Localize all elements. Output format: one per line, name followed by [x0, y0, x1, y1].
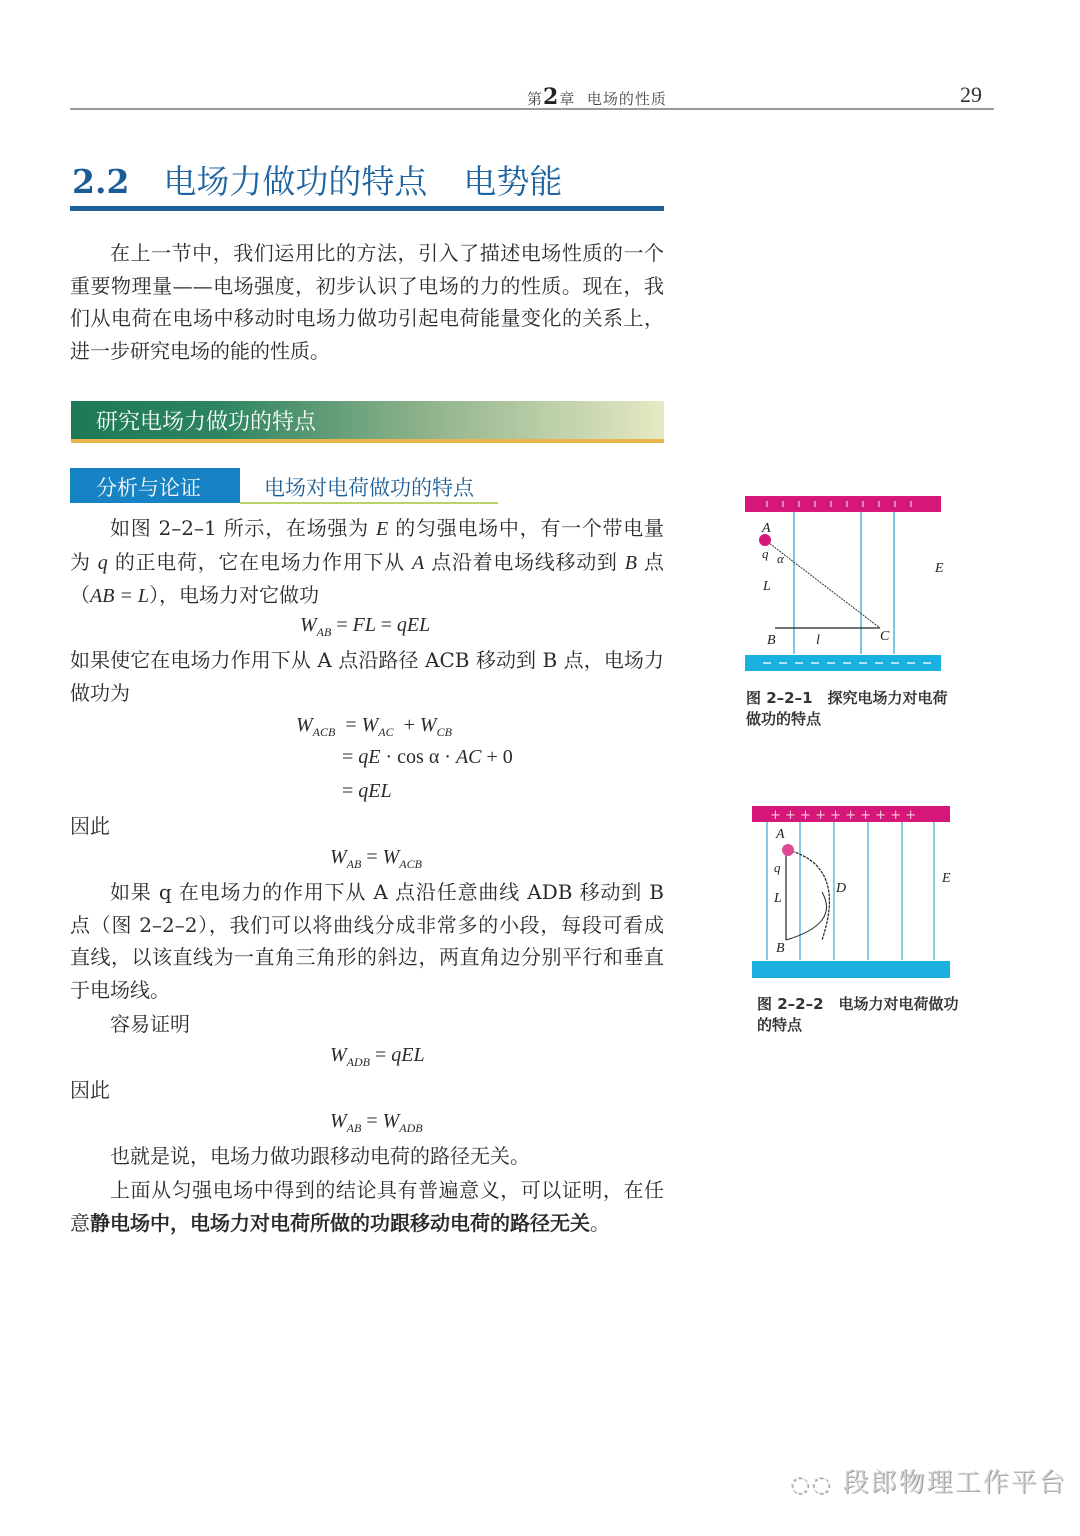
equation-2-line2: = qE · cos α · AC + 0: [342, 746, 513, 769]
svg-text:L: L: [762, 579, 771, 594]
svg-text:E: E: [934, 561, 944, 576]
svg-text:l: l: [816, 633, 820, 648]
chapter-number: 2: [543, 84, 559, 110]
section-rule: [70, 206, 664, 211]
text-run: 的正电荷，它在电场力作用下从: [108, 550, 412, 574]
text-run: 。: [590, 1211, 610, 1235]
chapter-title: 电场的性质: [587, 90, 667, 108]
analysis-tag-label: 分析与论证: [96, 472, 201, 502]
svg-text:q: q: [774, 860, 781, 875]
section-title: 2.2电场力做功的特点电势能: [72, 156, 562, 203]
svg-text:L: L: [773, 891, 782, 906]
svg-text:α: α: [777, 551, 785, 566]
text-run: 点沿着电场线移动到: [424, 550, 625, 574]
var-B: B: [625, 552, 637, 574]
equation-3: WAB = WACB: [330, 846, 422, 872]
analysis-tag-title: 电场对电荷做功的特点: [264, 472, 474, 502]
wechat-icon: ◌◌: [790, 1472, 832, 1497]
svg-text:B: B: [767, 633, 776, 648]
figure-2-2-2: + + + + + + + + + + A q L D B E: [752, 806, 962, 978]
svg-text:q: q: [762, 546, 769, 561]
uniform-field-diagram: A q α L B l C E: [745, 496, 945, 672]
var-q: q: [98, 552, 108, 574]
subsection-band-title: 研究电场力做功的特点: [96, 405, 316, 436]
page-number: 29: [960, 82, 982, 108]
paragraph-3: 如果 q 在电场力的作用下从 A 点沿任意曲线 ADB 移动到 B 点（图 2–…: [70, 876, 664, 1006]
easy-prove: 容易证明: [70, 1008, 664, 1041]
intro-paragraph: 在上一节中，我们运用比的方法，引入了描述电场性质的一个重要物理量——电场强度，初…: [70, 237, 664, 367]
svg-text:B: B: [776, 941, 785, 956]
text-run: 如图 2–2–1 所示，在场强为: [110, 516, 376, 540]
section-number: 2.2: [72, 162, 129, 201]
paragraph-4: 也就是说，电场力做功跟移动电荷的路径无关。: [70, 1140, 664, 1173]
section-title-part1: 电场力做功的特点: [163, 162, 427, 201]
equation-4: WADB = qEL: [330, 1044, 425, 1070]
paragraph-1: 如图 2–2–1 所示，在场强为 E 的匀强电场中，有一个带电量为 q 的正电荷…: [70, 512, 664, 613]
equation-5: WAB = WADB: [330, 1110, 423, 1136]
header-divider: [70, 108, 994, 110]
plate-signs: + + + + + + + + + +: [770, 808, 916, 823]
watermark-text: 段郎物理工作平台: [843, 1468, 1067, 1498]
figure-2-2-1-caption: 图 2–2–1 探究电场力对电荷做功的特点: [746, 688, 956, 730]
tag-underline: [240, 502, 498, 504]
watermark: ◌◌ 段郎物理工作平台: [790, 1462, 1067, 1499]
therefore-1: 因此: [70, 810, 664, 843]
equation-2-line3: = qEL: [342, 780, 392, 803]
running-head: 第2章 电场的性质: [527, 84, 667, 110]
svg-text:D: D: [835, 881, 846, 896]
var-AB-L: AB = L: [90, 585, 149, 607]
chapter-prefix: 第: [527, 90, 543, 108]
figure-2-2-2-caption: 图 2–2–2 电场力对电荷做功的特点: [757, 994, 972, 1036]
figure-2-2-1: A q α L B l C E: [745, 496, 945, 672]
svg-text:A: A: [775, 827, 785, 842]
paragraph-2: 如果使它在电场力作用下从 A 点沿路径 ACB 移动到 B 点，电场力做功为: [70, 644, 664, 709]
section-title-part2: 电势能: [463, 162, 562, 201]
paragraph-5: 上面从匀强电场中得到的结论具有普遍意义，可以证明，在任意静电场中，电场力对电荷所…: [70, 1174, 664, 1239]
therefore-2: 因此: [70, 1074, 664, 1107]
equation-1: WAB = FL = qEL: [300, 614, 430, 640]
var-E: E: [376, 518, 388, 540]
var-A: A: [412, 552, 424, 574]
curved-path-diagram: + + + + + + + + + + A q L D B E: [752, 806, 962, 978]
negative-plate: [752, 961, 950, 978]
charge: [782, 844, 794, 856]
equation-2-line1: WACB = WAC + WCB: [296, 714, 452, 740]
text-run: ），电场力对它做功: [149, 583, 319, 607]
svg-text:C: C: [880, 629, 890, 644]
svg-text:E: E: [941, 871, 951, 886]
svg-text:A: A: [761, 521, 771, 536]
key-conclusion: 静电场中，电场力对电荷所做的功跟移动电荷的路径无关: [90, 1211, 590, 1235]
chapter-suffix: 章: [559, 90, 575, 108]
